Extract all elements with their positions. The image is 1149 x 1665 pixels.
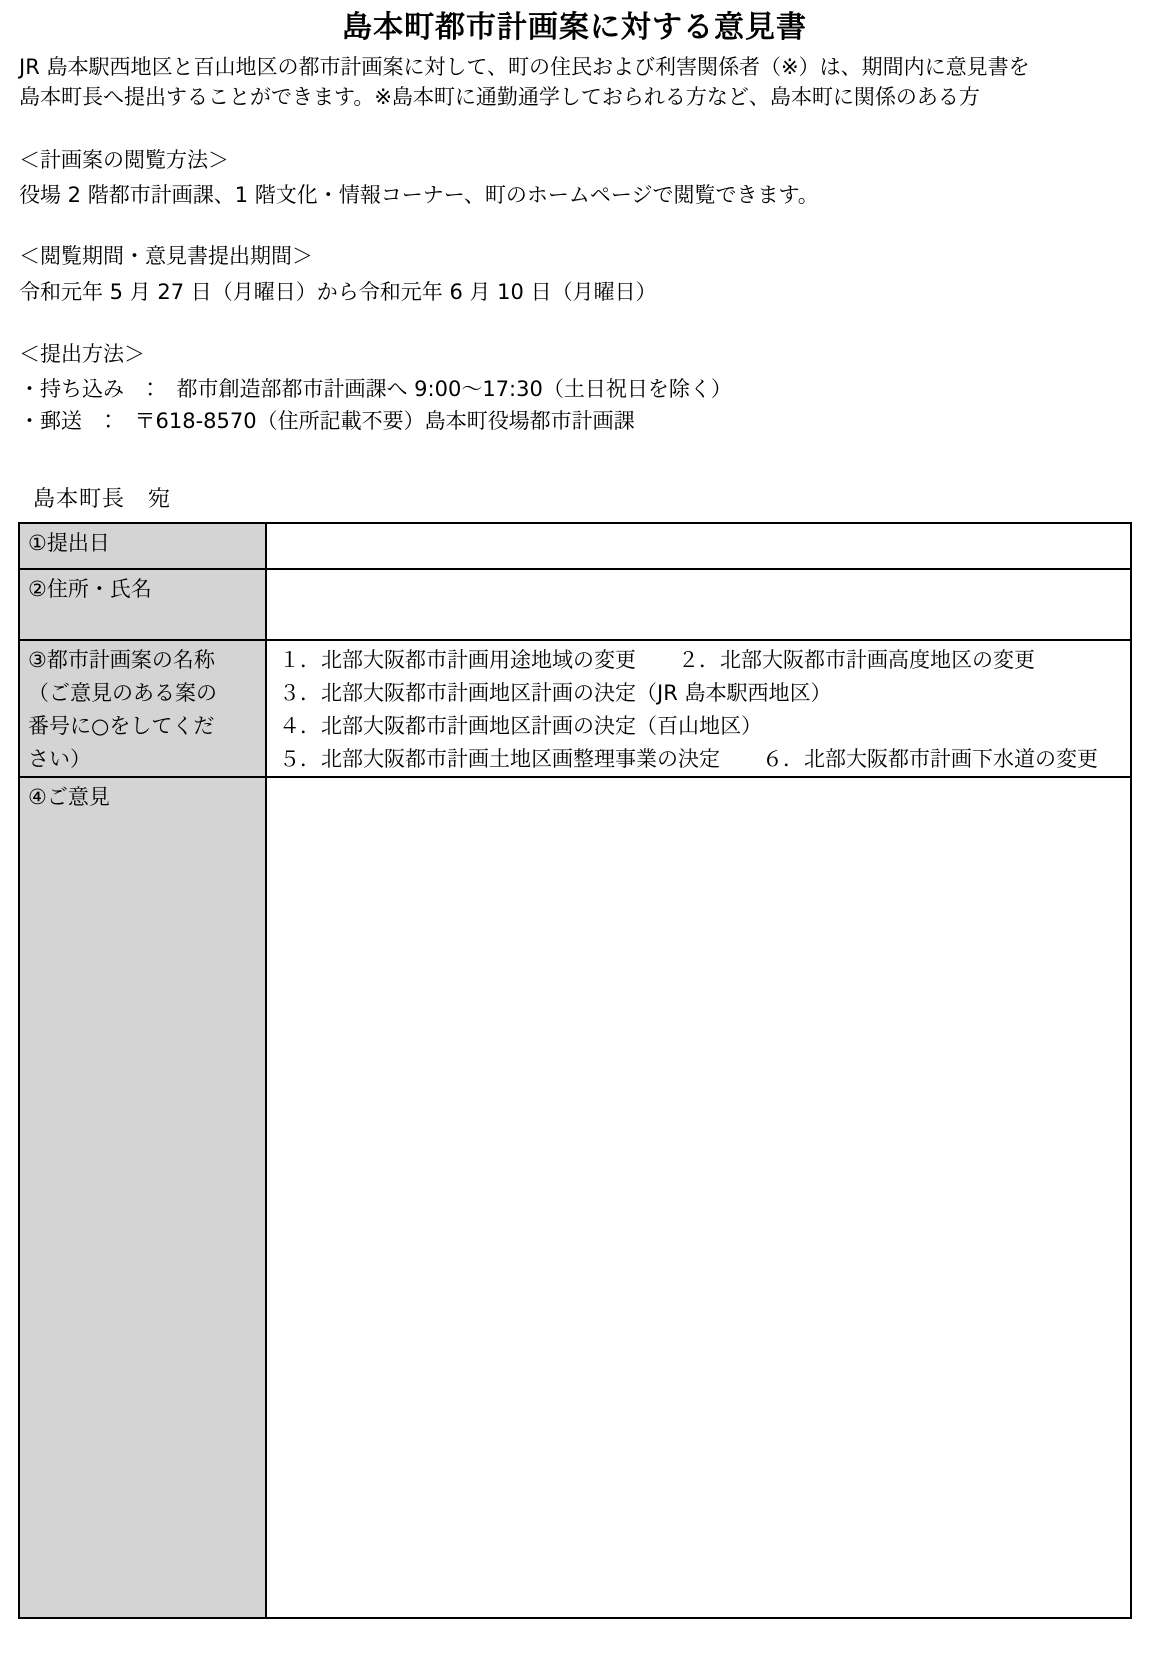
addressee-line: 島本町長 宛 [33, 486, 171, 514]
section-body-viewing-submission-period: 令和元年 5 月 27 日（月曜日）から令和元年 6 月 10 日（月曜日） [19, 276, 1129, 308]
row-value-opinion [266, 777, 1131, 1618]
document-title: 島本町都市計画案に対する意見書 [0, 2, 1149, 46]
opinion-form-document: 島本町都市計画案に対する意見書 JR 島本駅西地区と百山地区の都市計画案に対して… [0, 0, 1149, 1665]
table-row-plan-name: ③都市計画案の名称 （ご意見のある案の 番号に○をしてくだ さい） １．北部大阪… [19, 640, 1131, 777]
opinion-form-table: ①提出日 ②住所・氏名 ③都市計画案の名称 （ご意見のある案の 番号に○をしてく… [18, 522, 1132, 1619]
table-row-address-name: ②住所・氏名 [19, 569, 1131, 640]
section-body-viewing-method: 役場 2 階都市計画課、1 階文化・情報コーナー、町のホームページで閲覧できます… [19, 179, 1129, 211]
section-heading-submission-method: ＜提出方法＞ [19, 341, 145, 367]
row-label-submission-date: ①提出日 [19, 523, 266, 569]
table-row-opinion: ④ご意見 [19, 777, 1131, 1618]
row-label-plan-name: ③都市計画案の名称 （ご意見のある案の 番号に○をしてくだ さい） [19, 640, 266, 777]
section-heading-viewing-submission-period: ＜閲覧期間・意見書提出期間＞ [19, 243, 313, 269]
table-row-submission-date: ①提出日 [19, 523, 1131, 569]
intro-paragraph: JR 島本駅西地区と百山地区の都市計画案に対して、町の住民および利害関係者（※）… [19, 52, 1129, 112]
section-body-submission-method: ・持ち込み ： 都市創造部都市計画課へ 9:00～17:30（土日祝日を除く） … [19, 373, 1129, 437]
row-value-address-name [266, 569, 1131, 640]
section-heading-viewing-method: ＜計画案の閲覧方法＞ [19, 147, 229, 173]
row-value-plan-options: １．北部大阪都市計画用途地域の変更 ２．北部大阪都市計画高度地区の変更 ３．北部… [266, 640, 1131, 777]
row-label-address-name: ②住所・氏名 [19, 569, 266, 640]
row-value-submission-date [266, 523, 1131, 569]
row-label-opinion: ④ご意見 [19, 777, 266, 1618]
